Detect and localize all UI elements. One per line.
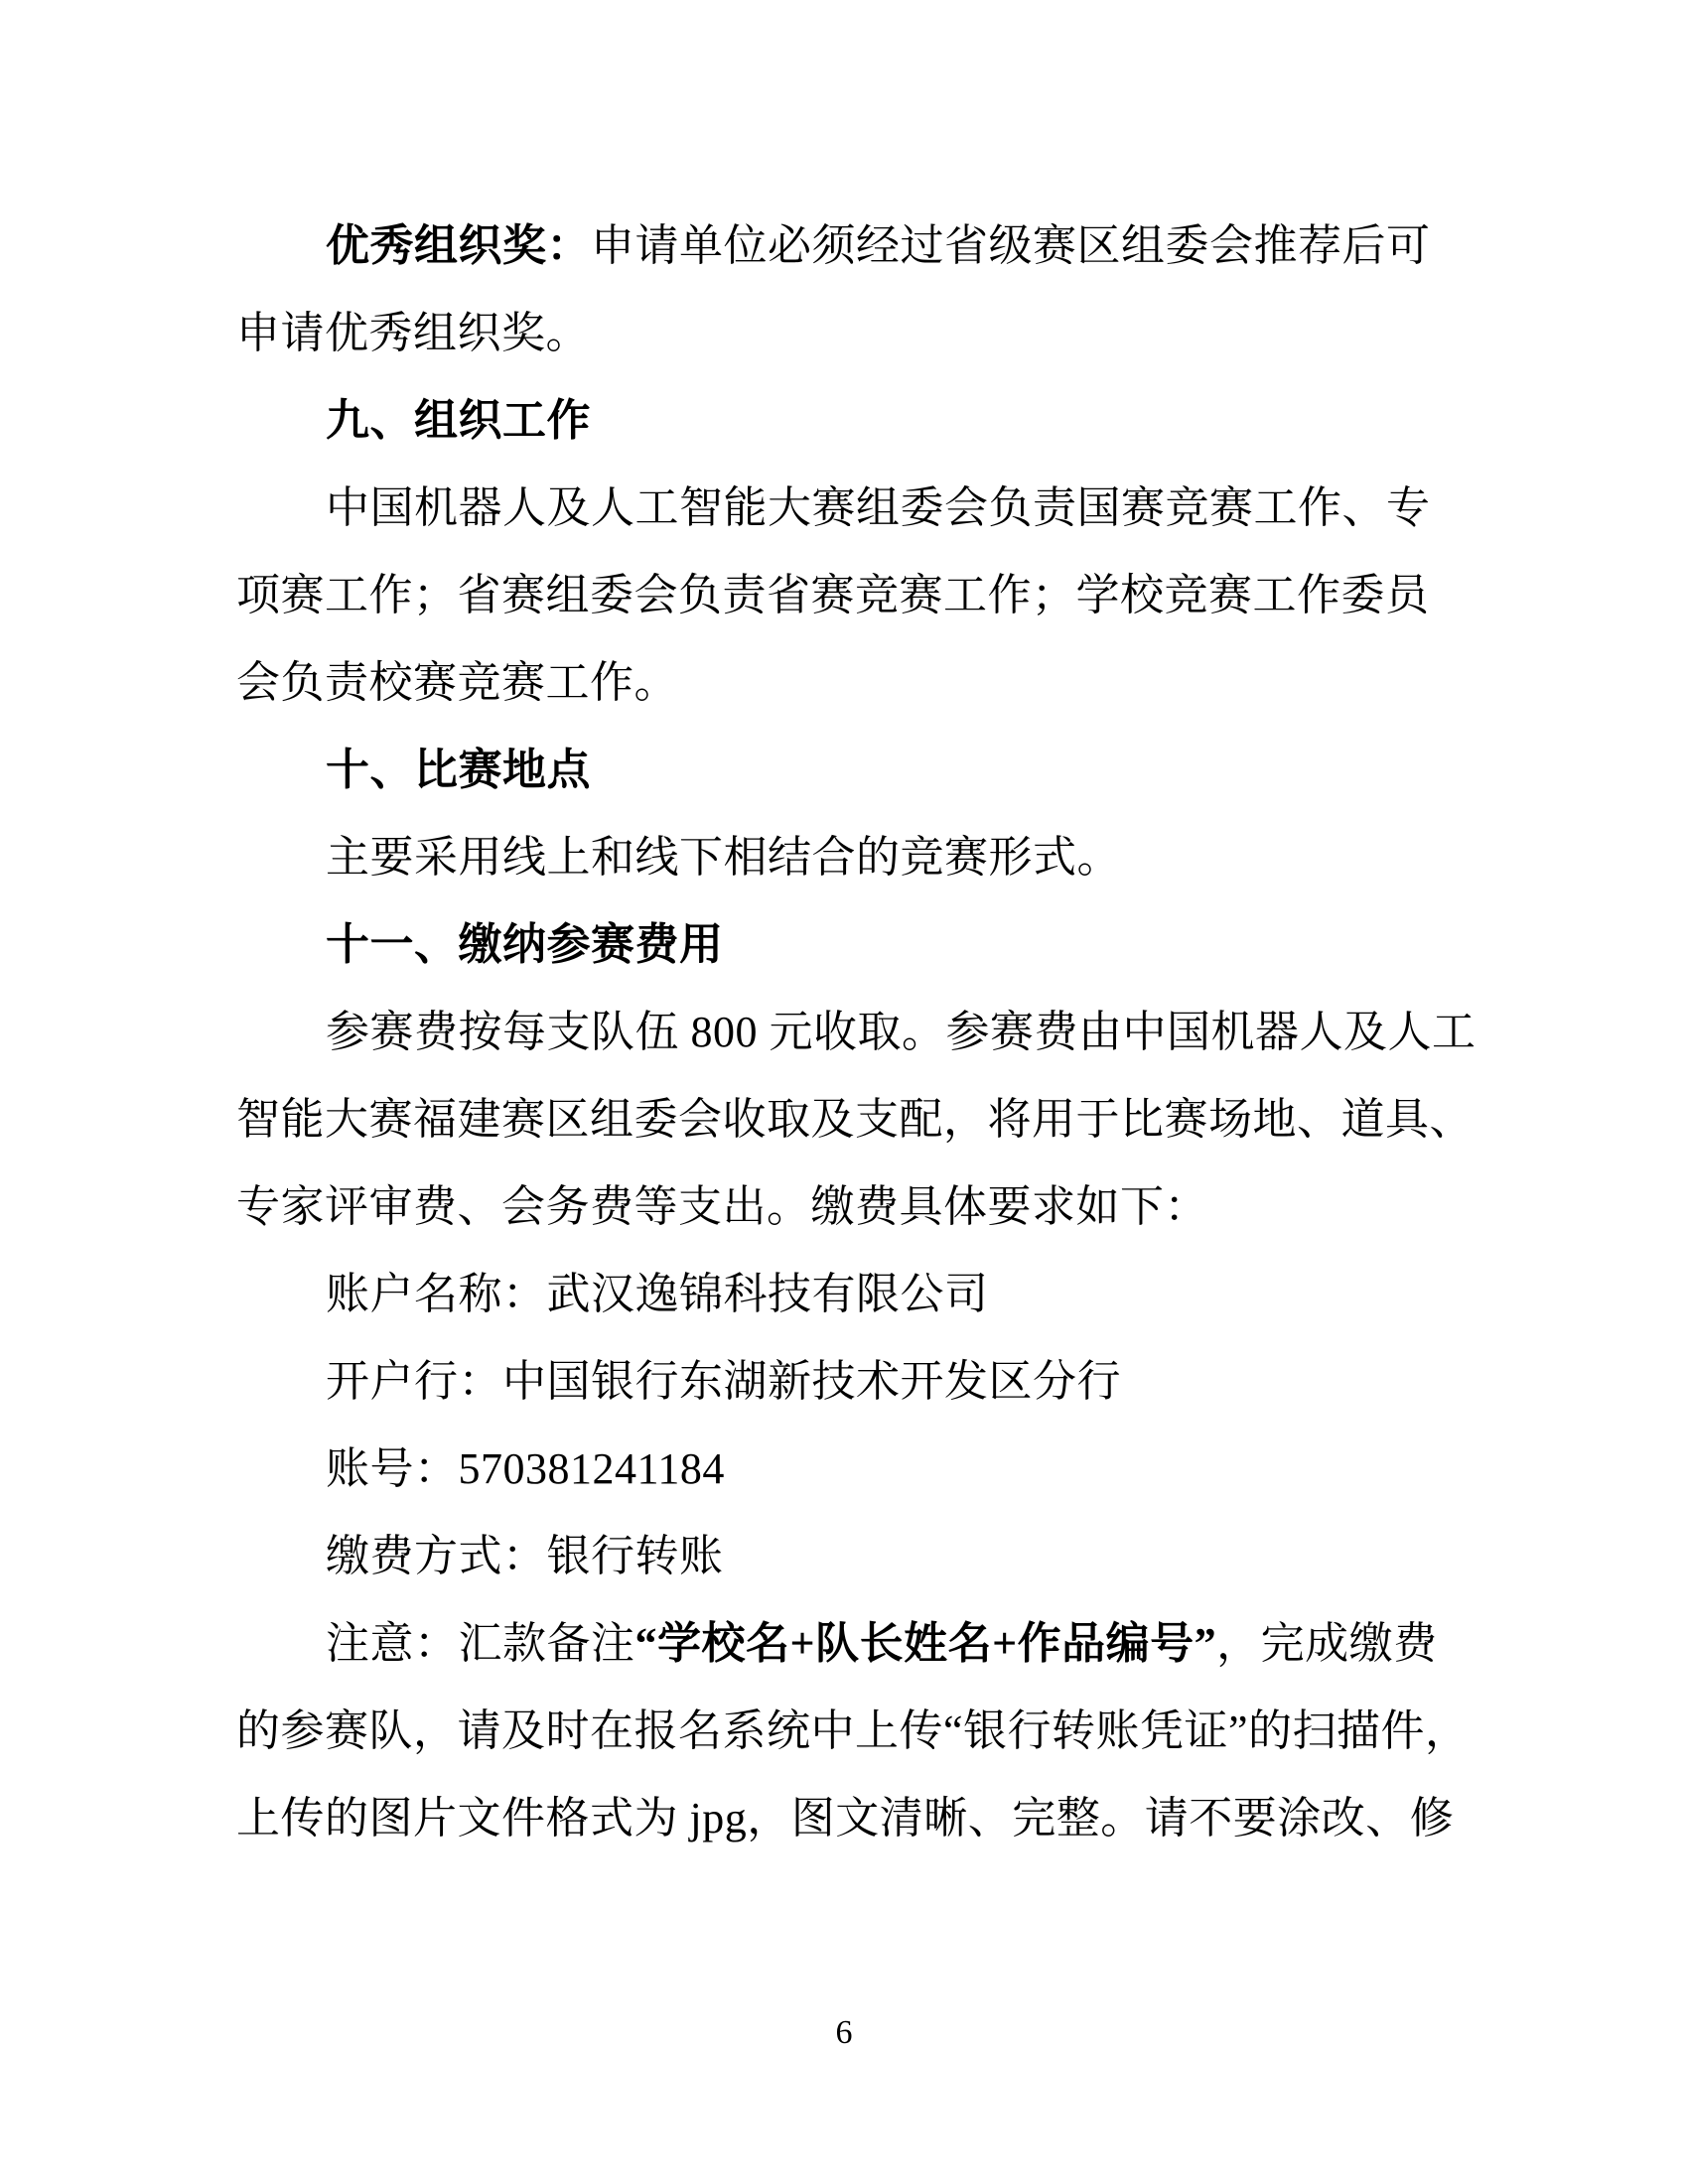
text-line: 专家评审费、会务费等支出。缴费具体要求如下： xyxy=(236,1163,1458,1251)
body-text: 上传的图片文件格式为 jpg，图文清晰、完整。请不要涂改、修 xyxy=(236,1794,1454,1843)
bold-text: 十一、缴纳参赛费用 xyxy=(326,920,724,969)
body-text: 账号：570381241184 xyxy=(326,1444,725,1493)
text-line: 注意：汇款备注“学校名+队长姓名+作品编号”，完成缴费 xyxy=(236,1600,1458,1688)
text-line: 缴费方式：银行转账 xyxy=(236,1513,1458,1600)
body-text: 智能大赛福建赛区组委会收取及支配，将用于比赛场地、道具、 xyxy=(236,1095,1474,1144)
page-number: 6 xyxy=(0,2013,1688,2053)
heading-line: 九、组织工作 xyxy=(236,377,1458,465)
bold-text: “学校名+队长姓名+作品编号” xyxy=(635,1619,1217,1668)
text-line: 的参赛队，请及时在报名系统中上传“银行转账凭证”的扫描件， xyxy=(236,1688,1458,1775)
text-line: 账户名称：武汉逸锦科技有限公司 xyxy=(236,1251,1458,1338)
body-text: 账户名称：武汉逸锦科技有限公司 xyxy=(326,1270,989,1318)
bold-text: 十、比赛地点 xyxy=(326,746,591,794)
text-line: 优秀组织奖：申请单位必须经过省级赛区组委会推荐后可 xyxy=(236,203,1458,290)
text-line: 智能大赛福建赛区组委会收取及支配，将用于比赛场地、道具、 xyxy=(236,1076,1458,1163)
body-text: 参赛费按每支队伍 800 元收取。参赛费由中国机器人及人工 xyxy=(326,1008,1477,1056)
body-text: 主要采用线上和线下相结合的竞赛形式。 xyxy=(326,833,1121,882)
body-text: 开户行：中国银行东湖新技术开发区分行 xyxy=(326,1357,1121,1406)
text-line: 主要采用线上和线下相结合的竞赛形式。 xyxy=(236,814,1458,901)
text-line: 参赛费按每支队伍 800 元收取。参赛费由中国机器人及人工 xyxy=(236,989,1458,1076)
text-line: 开户行：中国银行东湖新技术开发区分行 xyxy=(236,1338,1458,1426)
body-text: 注意：汇款备注 xyxy=(326,1619,635,1668)
body-text: 申请单位必须经过省级赛区组委会推荐后可 xyxy=(591,221,1431,270)
bold-text: 优秀组织奖： xyxy=(326,221,591,270)
heading-line: 十一、缴纳参赛费用 xyxy=(236,901,1458,989)
text-line: 上传的图片文件格式为 jpg，图文清晰、完整。请不要涂改、修 xyxy=(236,1775,1458,1862)
bold-text: 九、组织工作 xyxy=(326,396,591,445)
body-text: 项赛工作；省赛组委会负责省赛竞赛工作；学校竞赛工作委员 xyxy=(236,571,1430,619)
body-text: 中国机器人及人工智能大赛组委会负责国赛竞赛工作、专 xyxy=(326,483,1431,532)
heading-line: 十、比赛地点 xyxy=(236,727,1458,814)
body-text: 的参赛队，请及时在报名系统中上传“银行转账凭证”的扫描件， xyxy=(236,1706,1470,1755)
document-body: 优秀组织奖：申请单位必须经过省级赛区组委会推荐后可申请优秀组织奖。九、组织工作中… xyxy=(236,203,1458,1862)
document-page: 优秀组织奖：申请单位必须经过省级赛区组委会推荐后可申请优秀组织奖。九、组织工作中… xyxy=(0,0,1688,2184)
body-text: 缴费方式：银行转账 xyxy=(326,1532,724,1580)
text-line: 账号：570381241184 xyxy=(236,1426,1458,1513)
text-line: 会负责校赛竞赛工作。 xyxy=(236,639,1458,727)
body-text: ，完成缴费 xyxy=(1216,1619,1438,1668)
text-line: 中国机器人及人工智能大赛组委会负责国赛竞赛工作、专 xyxy=(236,465,1458,552)
text-line: 申请优秀组织奖。 xyxy=(236,290,1458,377)
text-line: 项赛工作；省赛组委会负责省赛竞赛工作；学校竞赛工作委员 xyxy=(236,552,1458,639)
body-text: 会负责校赛竞赛工作。 xyxy=(236,658,678,707)
body-text: 申请优秀组织奖。 xyxy=(236,309,590,357)
body-text: 专家评审费、会务费等支出。缴费具体要求如下： xyxy=(236,1182,1208,1231)
